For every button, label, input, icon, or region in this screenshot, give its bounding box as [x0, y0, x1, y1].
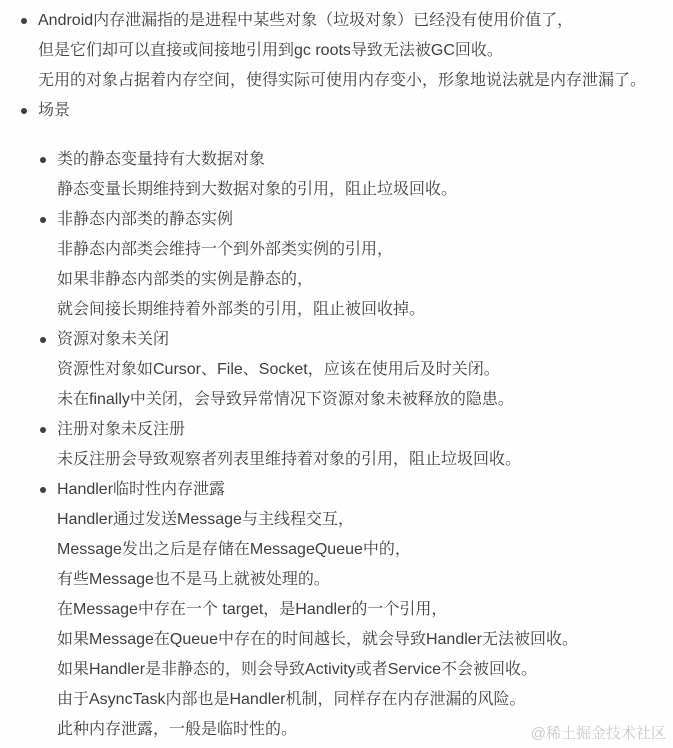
bullet-icon — [21, 18, 27, 24]
scene-title: 注册对象未反注册 — [57, 415, 665, 445]
scene-line: 如果Handler是非静态的，则会导致Activity或者Service不会被回… — [57, 655, 665, 685]
scene-item-unregister: 注册对象未反注册 未反注册会导致观察者列表里维持着对象的引用，阻止垃圾回收。 — [57, 415, 665, 475]
bullet-icon — [21, 108, 27, 114]
bullet-icon — [40, 337, 46, 343]
scene-title: 类的静态变量持有大数据对象 — [57, 145, 665, 175]
scene-line: 资源性对象如Cursor、File、Socket，应该在使用后及时关闭。 — [57, 355, 665, 385]
scene-item-static-variable: 类的静态变量持有大数据对象 静态变量长期维持到大数据对象的引用，阻止垃圾回收。 — [57, 145, 665, 205]
scene-line: 未反注册会导致观察者列表里维持着对象的引用，阻止垃圾回收。 — [57, 445, 665, 475]
intro-line: 但是它们却可以直接或间接地引用到gc roots导致无法被GC回收。 — [38, 36, 665, 66]
bullet-icon — [40, 427, 46, 433]
watermark: @稀土掘金技术社区 — [531, 726, 666, 741]
scenes-title: 场景 — [38, 96, 665, 126]
scene-line: 在Message中存在一个 target，是Handler的一个引用， — [57, 595, 665, 625]
scene-line: 如果非静态内部类的实例是静态的， — [57, 265, 665, 295]
scene-item-resource-object: 资源对象未关闭 资源性对象如Cursor、File、Socket，应该在使用后及… — [57, 325, 665, 415]
memory-leak-outline: Android内存泄漏指的是进程中某些对象（垃圾对象）已经没有使用价值了， 但是… — [38, 6, 665, 745]
scene-title: Handler临时性内存泄露 — [57, 475, 665, 505]
scene-line: 如果Message在Queue中存在的时间越长，就会导致Handler无法被回收… — [57, 625, 665, 655]
scene-line: 非静态内部类会维持一个到外部类实例的引用， — [57, 235, 665, 265]
document-body: Android内存泄漏指的是进程中某些对象（垃圾对象）已经没有使用价值了， 但是… — [0, 0, 673, 745]
scene-line: 有些Message也不是马上就被处理的。 — [57, 565, 665, 595]
intro-line: 无用的对象占据着内存空间，使得实际可使用内存变小，形象地说法就是内存泄漏了。 — [38, 66, 665, 96]
intro-line: Android内存泄漏指的是进程中某些对象（垃圾对象）已经没有使用价值了， — [38, 6, 665, 36]
scene-line: 未在finally中关闭，会导致异常情况下资源对象未被释放的隐患。 — [57, 385, 665, 415]
scene-item-inner-class: 非静态内部类的静态实例 非静态内部类会维持一个到外部类实例的引用， 如果非静态内… — [57, 205, 665, 325]
bullet-icon — [40, 487, 46, 493]
scene-line: 由于AsyncTask内部也是Handler机制，同样存在内存泄漏的风险。 — [57, 685, 665, 715]
scene-line: Message发出之后是存储在MessageQueue中的， — [57, 535, 665, 565]
scene-title: 资源对象未关闭 — [57, 325, 665, 355]
scene-item-handler: Handler临时性内存泄露 Handler通过发送Message与主线程交互，… — [57, 475, 665, 745]
scenes-list: 类的静态变量持有大数据对象 静态变量长期维持到大数据对象的引用，阻止垃圾回收。 … — [38, 145, 665, 745]
list-item-scenes: 场景 类的静态变量持有大数据对象 静态变量长期维持到大数据对象的引用，阻止垃圾回… — [38, 96, 665, 745]
scene-line: 就会间接长期维持着外部类的引用，阻止被回收掉。 — [57, 295, 665, 325]
list-item-intro: Android内存泄漏指的是进程中某些对象（垃圾对象）已经没有使用价值了， 但是… — [38, 6, 665, 96]
scene-line: 静态变量长期维持到大数据对象的引用，阻止垃圾回收。 — [57, 175, 665, 205]
bullet-icon — [40, 217, 46, 223]
scene-line: Handler通过发送Message与主线程交互， — [57, 505, 665, 535]
scene-title: 非静态内部类的静态实例 — [57, 205, 665, 235]
bullet-icon — [40, 157, 46, 163]
